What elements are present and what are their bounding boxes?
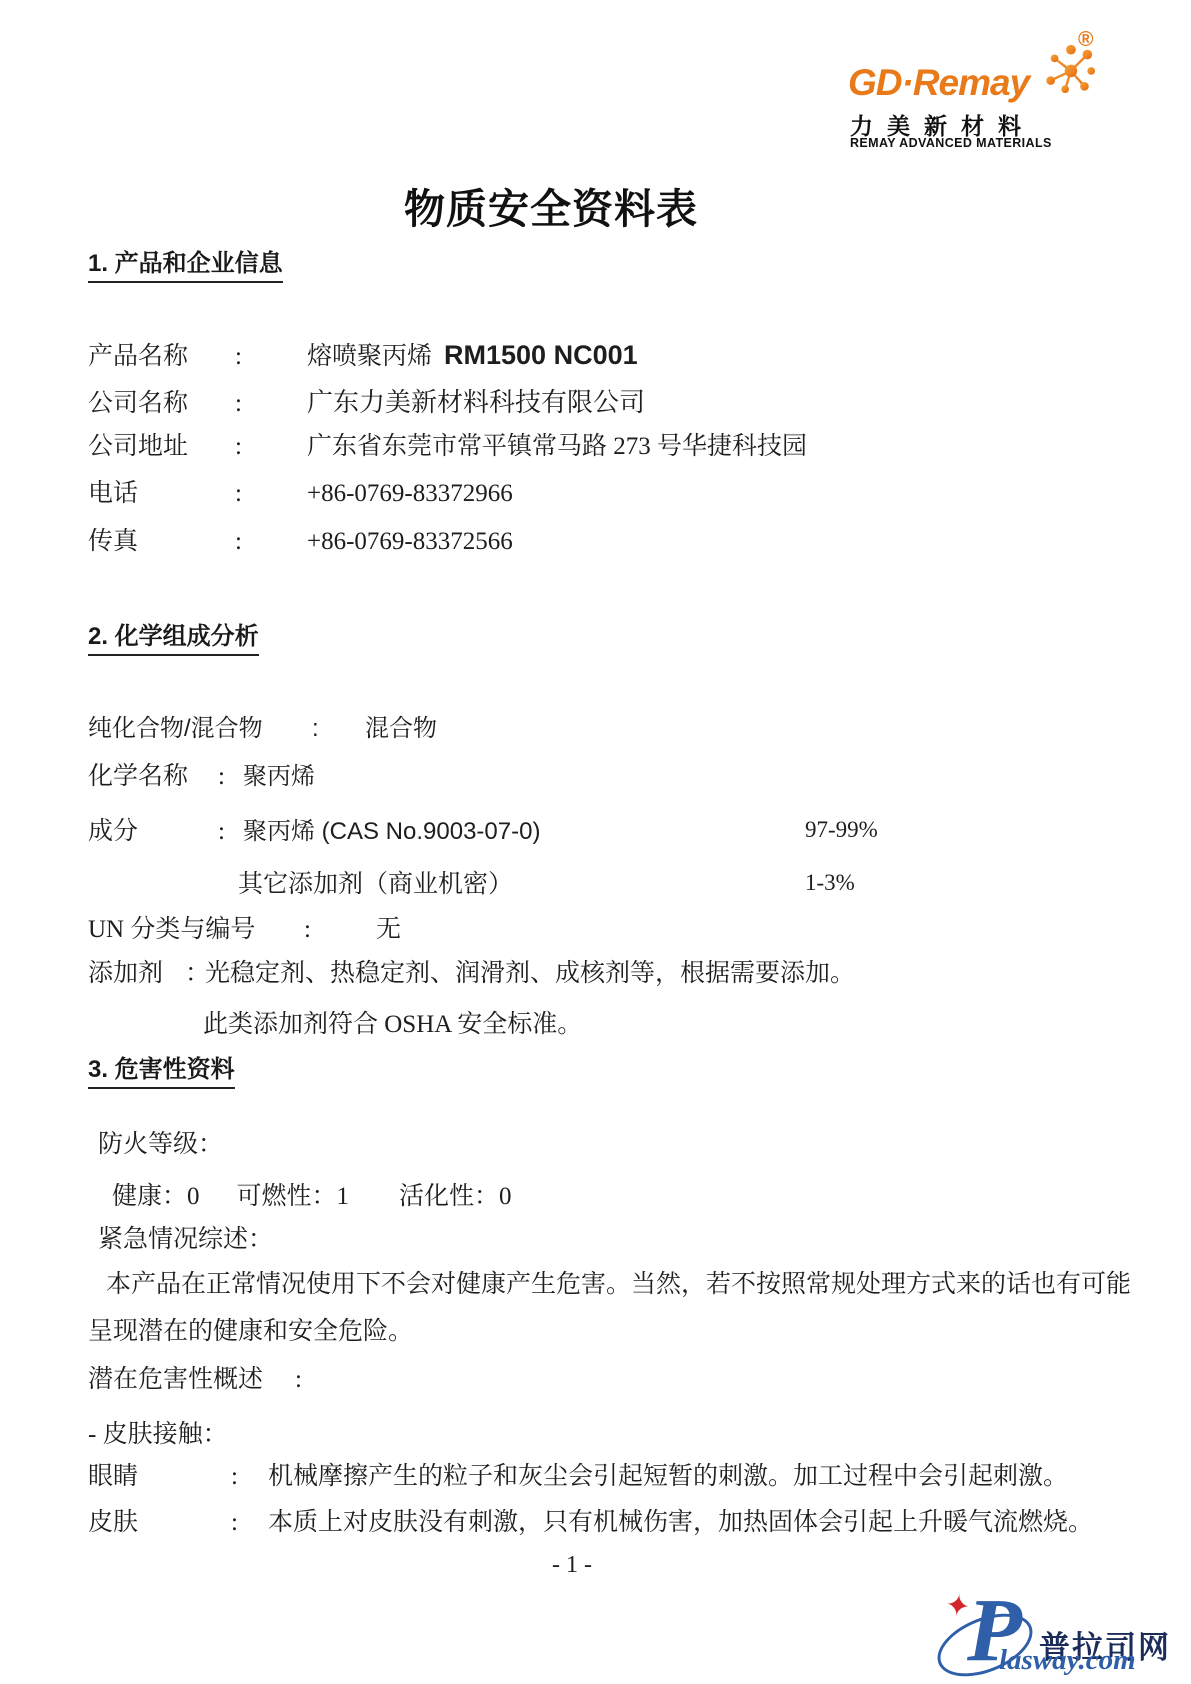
field-label: - 皮肤接触： bbox=[88, 1421, 228, 1448]
row-un-class: UN 分类与编号:无 bbox=[88, 914, 401, 945]
field-label: 潜在危害性概述 bbox=[88, 1364, 295, 1395]
msds-page: ® GD·Remay 力美新材料 REMAY ADVANCED MAT bbox=[0, 0, 1191, 1684]
brand-english-name: REMAY ADVANCED MATERIALS bbox=[850, 136, 1052, 150]
field-value: 无 bbox=[376, 916, 401, 943]
row-emergency-label: 紧急情况综述： bbox=[98, 1224, 273, 1255]
plasway-domain-suffix: .com bbox=[1078, 1644, 1135, 1676]
field-value: 聚丙烯 bbox=[243, 763, 315, 790]
plasway-watermark: ✦ P 普拉司网 lasway.com bbox=[935, 1592, 1191, 1684]
row-pure-mixture: 纯化合物/混合物:混合物 bbox=[88, 714, 437, 744]
section3-heading: 3. 危害性资料 bbox=[88, 1049, 235, 1084]
row-other-additive: 其它添加剂（商业机密） 1-3% bbox=[88, 869, 513, 900]
plasway-domain: lasway.com bbox=[999, 1646, 1136, 1675]
row-skin: 皮肤:本质上对皮肤没有刺激，只有机械伤害，加热固体会引起上升暖气流燃烧。 bbox=[88, 1507, 1093, 1538]
component-percent: 97-99% bbox=[805, 816, 878, 845]
row-additives: 添加剂：光稳定剂、热稳定剂、润滑剂、成核剂等，根据需要添加。 bbox=[88, 958, 855, 989]
field-label: UN 分类与编号 bbox=[88, 914, 304, 945]
field-value: 广东力美新材料科技有限公司 bbox=[307, 387, 645, 417]
colon: : bbox=[231, 1461, 268, 1492]
row-product-name: 产品名称:熔喷聚丙烯RM1500 NC001 bbox=[88, 339, 638, 373]
field-value: +86-0769-83372566 bbox=[307, 528, 513, 555]
field-label: 公司地址 bbox=[88, 431, 235, 462]
note-text: 此类添加剂符合 OSHA 安全标准。 bbox=[203, 1011, 582, 1038]
colon: : bbox=[235, 388, 307, 419]
page-number: - 1 - bbox=[0, 1552, 1144, 1579]
field-label: 化学名称 bbox=[88, 761, 218, 792]
section2-heading: 2. 化学组成分析 bbox=[88, 616, 259, 651]
row-ratings: 健康：0可燃性：1活化性：0 bbox=[112, 1181, 512, 1212]
section1-heading: 1. 产品和企业信息 bbox=[88, 243, 283, 278]
field-label: 防火等级： bbox=[98, 1131, 223, 1158]
field-label: 产品名称 bbox=[88, 341, 235, 372]
row-fax: 传真:+86-0769-83372566 bbox=[88, 526, 513, 557]
row-fire-rating: 防火等级： bbox=[98, 1129, 223, 1160]
field-value: 广东省东莞市常平镇常马路 273 号华捷科技园 bbox=[307, 433, 807, 460]
colon: : bbox=[231, 1507, 268, 1538]
paragraph-text: 本产品在正常情况使用下不会对健康产生危害。当然，若不按照常规处理方式来的话也有可… bbox=[106, 1271, 1131, 1298]
paragraph-text: 呈现潜在的健康和安全危险。 bbox=[88, 1318, 413, 1345]
field-value: 光稳定剂、热稳定剂、润滑剂、成核剂等，根据需要添加。 bbox=[205, 960, 855, 987]
row-eyes: 眼睛:机械摩擦产生的粒子和灰尘会引起短暂的刺激。加工过程中会引起刺激。 bbox=[88, 1461, 1068, 1492]
field-value: 其它添加剂（商业机密） bbox=[238, 871, 513, 898]
colon: : bbox=[312, 714, 365, 744]
colon: ： bbox=[185, 958, 205, 989]
field-label: 公司名称 bbox=[88, 388, 235, 419]
colon: : bbox=[235, 478, 307, 509]
brand-wordmark: GD·Remay bbox=[848, 62, 1029, 104]
additive-percent: 1-3% bbox=[805, 869, 855, 898]
colon: : bbox=[304, 914, 376, 945]
plasway-script-text: lasway bbox=[999, 1644, 1078, 1676]
colon: : bbox=[218, 761, 243, 792]
colon: : bbox=[235, 341, 307, 372]
field-value: 本质上对皮肤没有刺激，只有机械伤害，加热固体会引起上升暖气流燃烧。 bbox=[268, 1509, 1093, 1536]
rating-reactivity: 活化性：0 bbox=[399, 1183, 512, 1210]
field-label: 添加剂 bbox=[88, 958, 185, 989]
colon: : bbox=[295, 1364, 302, 1395]
field-value: +86-0769-83372966 bbox=[307, 480, 513, 507]
product-code: RM1500 NC001 bbox=[444, 340, 638, 370]
field-label: 传真 bbox=[88, 526, 235, 557]
field-label: 紧急情况综述： bbox=[98, 1226, 273, 1253]
colon: : bbox=[235, 431, 307, 462]
row-potential-hazard: 潜在危害性概述: bbox=[88, 1364, 302, 1395]
field-label: 电话 bbox=[88, 478, 235, 509]
summary-line2: 呈现潜在的健康和安全危险。 bbox=[88, 1316, 413, 1347]
rating-flammability: 可燃性：1 bbox=[237, 1183, 350, 1210]
colon: : bbox=[218, 816, 243, 847]
molecule-icon bbox=[1042, 42, 1096, 96]
field-value: 混合物 bbox=[365, 715, 437, 742]
row-company-address: 公司地址:广东省东莞市常平镇常马路 273 号华捷科技园 bbox=[88, 431, 807, 462]
row-skin-contact: - 皮肤接触： bbox=[88, 1419, 228, 1450]
row-phone: 电话:+86-0769-83372966 bbox=[88, 478, 513, 509]
field-label: 成分 bbox=[88, 816, 218, 847]
field-label: 眼睛 bbox=[88, 1461, 231, 1492]
row-additives-note: 此类添加剂符合 OSHA 安全标准。 bbox=[203, 1009, 582, 1040]
field-label: 纯化合物/混合物 bbox=[88, 714, 312, 744]
row-component: 成分:聚丙烯 (CAS No.9003-07-0) 97-99% bbox=[88, 816, 540, 847]
row-chemical-name: 化学名称:聚丙烯 bbox=[88, 761, 315, 792]
field-value: 机械摩擦产生的粒子和灰尘会引起短暂的刺激。加工过程中会引起刺激。 bbox=[268, 1463, 1068, 1490]
field-label: 皮肤 bbox=[88, 1507, 231, 1538]
colon: : bbox=[235, 526, 307, 557]
row-company-name: 公司名称:广东力美新材料科技有限公司 bbox=[88, 386, 645, 419]
company-logo: ® GD·Remay 力美新材料 REMAY ADVANCED MAT bbox=[848, 28, 1112, 150]
summary-line1: 本产品在正常情况使用下不会对健康产生危害。当然，若不按照常规处理方式来的话也有可… bbox=[106, 1269, 1131, 1300]
rating-health: 健康：0 bbox=[112, 1183, 200, 1210]
field-value: 熔喷聚丙烯 bbox=[307, 343, 432, 370]
field-value: 聚丙烯 (CAS No.9003-07-0) bbox=[243, 818, 540, 845]
document-title: 物质安全资料表 bbox=[0, 176, 1102, 235]
